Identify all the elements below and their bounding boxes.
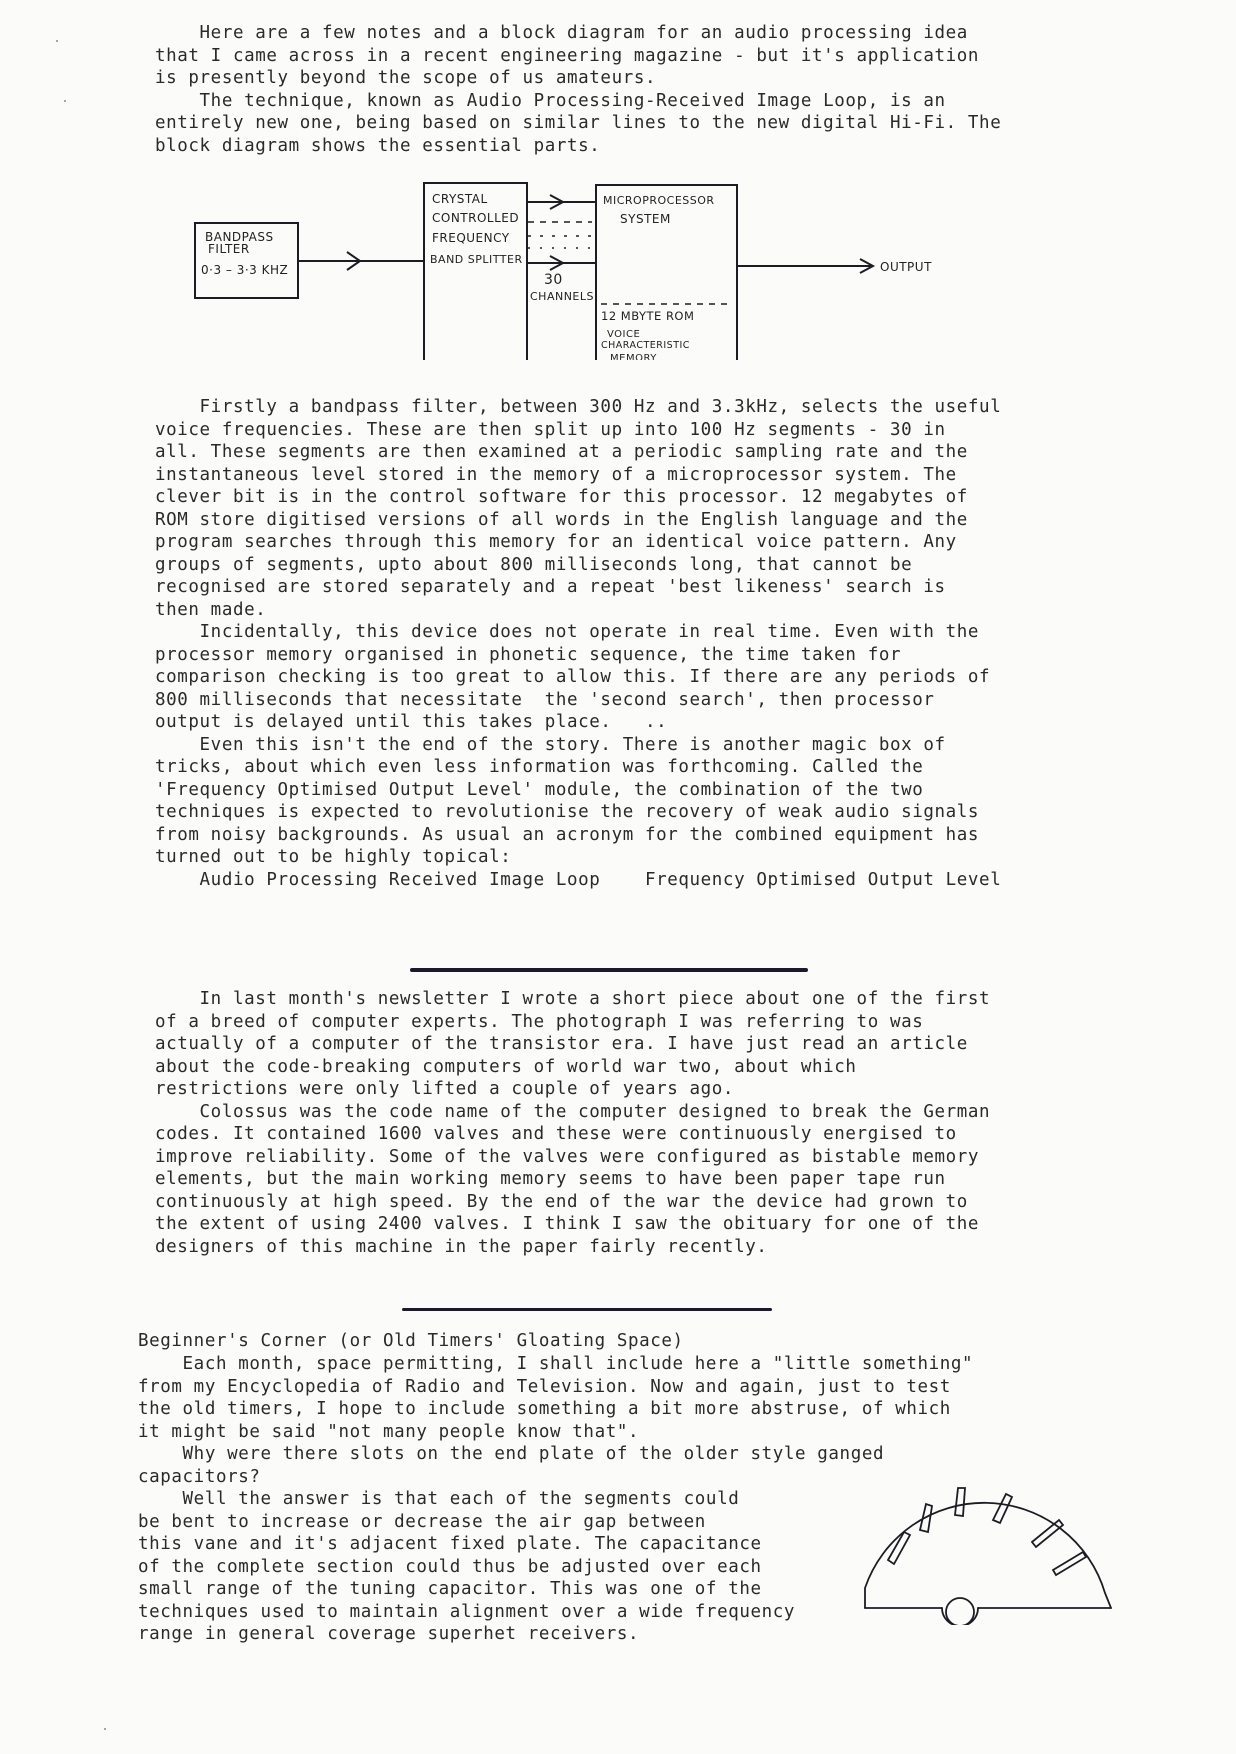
text-line: entirely new one, being based on similar… [155,112,1001,135]
text-line: comparison checking is too great to allo… [155,666,1001,689]
text-line: about the code-breaking computers of wor… [155,1056,990,1079]
text-line: groups of segments, upto about 800 milli… [155,554,1001,577]
text-line: restrictions were only lifted a couple o… [155,1078,990,1101]
beginners-corner-heading: Beginner's Corner (or Old Timers' Gloati… [138,1330,684,1353]
text-line: Here are a few notes and a block diagram… [155,22,1001,45]
text-line: techniques is expected to revolutionise … [155,801,1001,824]
text-line: program searches through this memory for… [155,531,1001,554]
text-line: voice frequencies. These are then split … [155,419,1001,442]
section-divider [410,968,808,972]
rom-label-2: VOICE [607,329,640,340]
intro-paragraphs: Here are a few notes and a block diagram… [155,22,1001,157]
text-line: capacitors? [138,1466,973,1489]
bandpass-label-2: FILTER [208,242,250,256]
text-line: Why were there slots on the end plate of… [138,1443,973,1466]
band-splitter-box [424,183,527,360]
section-divider [402,1308,772,1311]
splitter-label-1: CRYSTAL [432,192,488,206]
text-line: instantaneous level stored in the memory… [155,464,1001,487]
paper-speck [56,40,58,42]
text-line: continuously at high speed. By the end o… [155,1191,990,1214]
text-line: all. These segments are then examined at… [155,441,1001,464]
text-line: designers of this machine in the paper f… [155,1236,990,1259]
text-line: Incidentally, this device does not opera… [155,621,1001,644]
text-line: improve reliability. Some of the valves … [155,1146,990,1169]
text-line: Each month, space permitting, I shall in… [138,1353,973,1376]
colossus-paragraphs: In last month's newsletter I wrote a sho… [155,988,990,1258]
text-line: the old timers, I hope to include someth… [138,1398,973,1421]
text-line: codes. It contained 1600 valves and thes… [155,1123,990,1146]
rom-label-1: 12 MBYTE ROM [601,309,694,323]
text-line: from noisy backgrounds. As usual an acro… [155,824,1001,847]
text-line: The technique, known as Audio Processing… [155,90,1001,113]
text-line: 'Frequency Optimised Output Level' modul… [155,779,1001,802]
splitter-label-2: CONTROLLED [432,211,519,225]
text-line: be bent to increase or decrease the air … [138,1511,973,1534]
text-line: this vane and it's adjacent fixed plate.… [138,1533,973,1556]
text-line: from my Encyclopedia of Radio and Televi… [138,1376,973,1399]
text-line: range in general coverage superhet recei… [138,1623,973,1646]
text-line: In last month's newsletter I wrote a sho… [155,988,990,1011]
text-line: block diagram shows the essential parts. [155,135,1001,158]
text-line: Even this isn't the end of the story. Th… [155,734,1001,757]
text-line: of a breed of computer experts. The phot… [155,1011,990,1034]
text-line: tricks, about which even less informatio… [155,756,1001,779]
text-line: turned out to be highly topical: [155,846,1001,869]
channels-label: CHANNELS [530,290,594,303]
rom-label-4: MEMORY [610,353,657,360]
text-line: the extent of using 2400 valves. I think… [155,1213,990,1236]
capacitor-vane-figure [860,1480,1120,1625]
text-line: then made. [155,599,1001,622]
splitter-label-4: BAND SPLITTER [430,253,523,266]
text-line: processor memory organised in phonetic s… [155,644,1001,667]
text-line: ROM store digitised versions of all word… [155,509,1001,532]
channels-count: 30 [544,272,563,288]
paper-speck [64,100,66,102]
text-line: Firstly a bandpass filter, between 300 H… [155,396,1001,419]
text-line: of the complete section could thus be ad… [138,1556,973,1579]
text-line: Colossus was the code name of the comput… [155,1101,990,1124]
bandpass-label-3: 0·3 – 3·3 KHz [201,263,288,277]
beginners-corner-body: Each month, space permitting, I shall in… [138,1353,973,1646]
splitter-label-3: FREQUENCY [432,231,510,245]
micro-label-2: SYSTEM [620,212,671,226]
text-line: that I came across in a recent engineeri… [155,45,1001,68]
text-line: is presently beyond the scope of us amat… [155,67,1001,90]
audio-processing-body: Firstly a bandpass filter, between 300 H… [155,396,1001,891]
text-line: elements, but the main working memory se… [155,1168,990,1191]
text-line: actually of a computer of the transistor… [155,1033,990,1056]
text-line: output is delayed until this takes place… [155,711,1001,734]
text-line: it might be said "not many people know t… [138,1421,973,1444]
micro-label-1: MICROPROCESSOR [603,194,715,207]
text-line: recognised are stored separately and a r… [155,576,1001,599]
text-line: 800 milliseconds that necessitate the 's… [155,689,1001,712]
rom-label-3: CHARACTERISTIC [601,340,690,351]
block-diagram: BANDPASS FILTER 0·3 – 3·3 KHz CRYSTAL CO… [160,180,1000,360]
paper-speck [104,1728,106,1730]
output-label: OUTPUT [880,260,932,274]
text-line: Well the answer is that each of the segm… [138,1488,973,1511]
text-line: Audio Processing Received Image Loop Fre… [155,869,1001,892]
text-line: techniques used to maintain alignment ov… [138,1601,973,1624]
text-line: small range of the tuning capacitor. Thi… [138,1578,973,1601]
text-line: clever bit is in the control software fo… [155,486,1001,509]
